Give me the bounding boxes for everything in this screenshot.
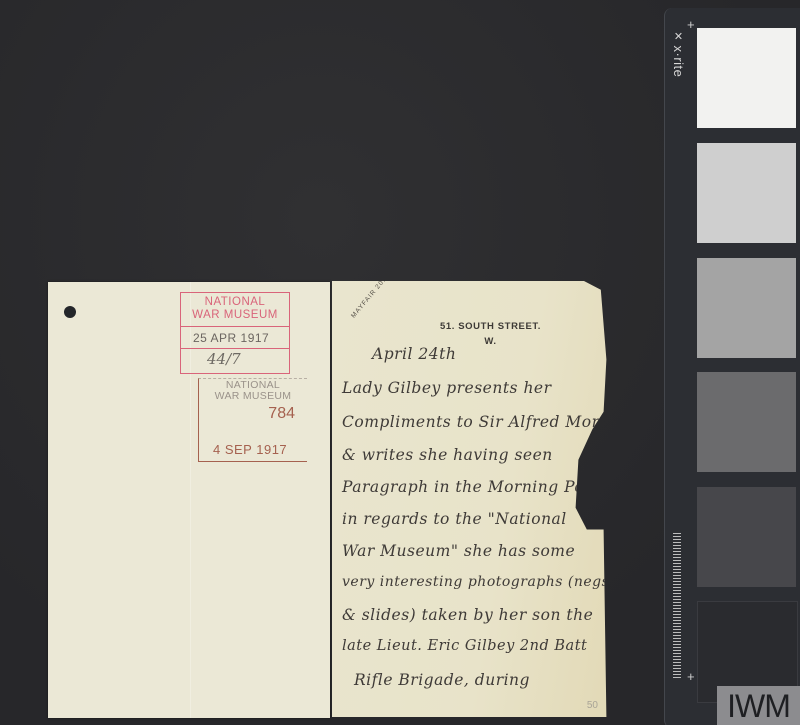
stamp-title: NATIONAL WAR MUSEUM (199, 379, 307, 402)
letter-line: Compliments to Sir Alfred Mon (342, 413, 602, 431)
gray-patch-5 (697, 487, 796, 587)
letter-line: Rifle Brigade, during (354, 671, 530, 689)
xrite-logo-icon: ✕ (672, 30, 684, 44)
stamp-title: NATIONAL WAR MUSEUM (181, 293, 289, 327)
stamp-date: 25 APR 1917 (181, 327, 289, 349)
letter-line: late Lieut. Eric Gilbey 2nd Batt (342, 638, 587, 654)
gray-patch-3 (697, 258, 796, 358)
stamp-reference: 44/7 (181, 349, 289, 368)
page-number: 50 (587, 700, 598, 711)
handwritten-letter: MAYFAIR 2015 51. SOUTH STREET. W. April … (332, 281, 612, 717)
letter-line: & writes she having seen (342, 446, 553, 464)
crosshair-icon: + (687, 669, 695, 684)
acknowledgement-slip: NATIONAL WAR MUSEUM 25 APR 1917 44/7 NAT… (48, 282, 330, 718)
stamp-date: 4 SEP 1917 (213, 442, 287, 457)
letter-line: in regards to the "National (342, 510, 567, 528)
letter-line: & slides) taken by her son the (342, 606, 593, 624)
gray-patch-2 (697, 143, 796, 243)
letter-line: War Museum" she has some (342, 542, 575, 560)
letter-line: Lady Gilbey presents her (342, 379, 552, 397)
gray-patch-1 (697, 28, 796, 128)
punch-hole-icon (64, 306, 76, 318)
crosshair-icon: + (687, 17, 695, 32)
letter-line: very interesting photographs (negs (342, 574, 609, 590)
xrite-brand: ✕x·rite (670, 30, 686, 77)
scale-ruler (673, 533, 681, 679)
letter-date: April 24th (372, 345, 456, 363)
letter-line: Paragraph in the Morning Po (342, 478, 584, 496)
iwm-watermark: IWM (717, 686, 800, 725)
museum-received-stamp: NATIONAL WAR MUSEUM 25 APR 1917 44/7 (180, 292, 290, 374)
gray-patch-4 (697, 372, 796, 472)
stamp-number: 784 (268, 405, 295, 423)
museum-number-stamp: NATIONAL WAR MUSEUM 784 4 SEP 1917 (198, 378, 307, 462)
color-checker-card: ✕x·rite + + (664, 8, 800, 725)
